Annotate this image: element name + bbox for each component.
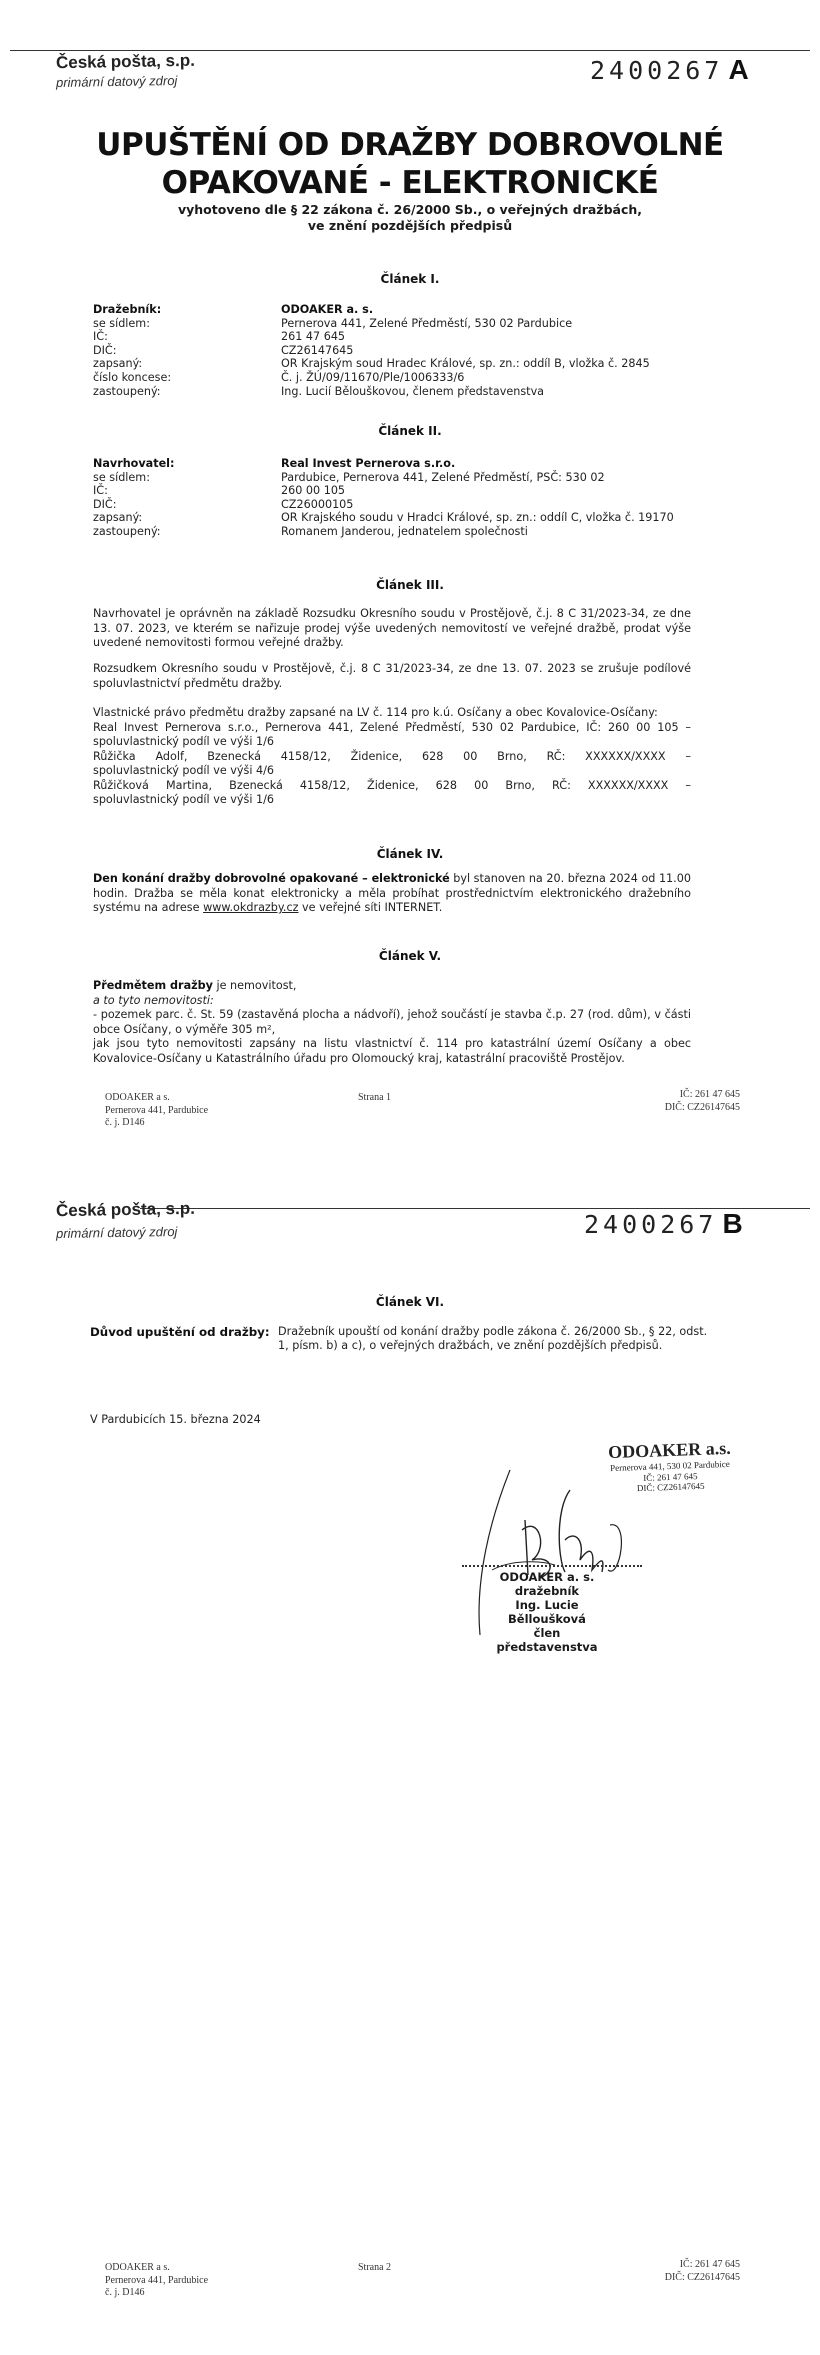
withdrawal-reason-text: Dražebník upouští od konání dražby podle… — [278, 1325, 710, 1353]
withdrawal-reason-label: Důvod upuštění od dražby: — [90, 1325, 278, 1353]
owners-list: Real Invest Pernerova s.r.o., Pernerova … — [93, 721, 691, 808]
detail-label: DIČ: — [93, 344, 281, 358]
detail-label: Dražebník: — [93, 303, 281, 317]
detail-row: IČ:260 00 105 — [93, 484, 713, 498]
document-stamp-number: 2400267 A — [590, 54, 749, 86]
auction-network-text: ve veřejné síti INTERNET. — [299, 901, 443, 914]
page-1-footer-left: ODOAKER a s. Pernerova 441, Pardubice č.… — [105, 1092, 208, 1130]
post-office-name-page-2: Česká pošta, s.p. — [56, 1199, 195, 1221]
signatory-position: člen představenstva — [482, 1626, 612, 1654]
document-subtitle-line2: ve znění pozdějších předpisů — [0, 217, 820, 234]
owner-share: spoluvlastnický podíl ve výši 1/6 — [93, 735, 691, 750]
article-6-heading: Článek VI. — [0, 1295, 820, 1309]
footer-ic: IČ: 261 47 645 — [665, 2259, 740, 2272]
footer-reference: č. j. D146 — [105, 1117, 208, 1130]
article-4-heading: Článek IV. — [0, 847, 820, 861]
article-3-heading: Článek III. — [0, 578, 820, 592]
auction-date-lead: Den konání dražby dobrovolné opakované –… — [93, 872, 450, 885]
detail-value: OR Krajského soudu v Hradci Králové, sp.… — [281, 511, 713, 525]
footer-dic: DIČ: CZ26147645 — [665, 2272, 740, 2285]
article-5-heading: Článek V. — [0, 949, 820, 963]
detail-value: Romanem Janderou, jednatelem společnosti — [281, 525, 713, 539]
owner-line: Růžička Adolf, Bzenecká 4158/12, Židenic… — [93, 750, 691, 765]
auction-website-link[interactable]: www.okdrazby.cz — [203, 901, 298, 914]
article-3-paragraph-2: Rozsudkem Okresního soudu v Prostějově, … — [93, 662, 691, 691]
detail-value: 261 47 645 — [281, 330, 713, 344]
footer-company: ODOAKER a s. — [105, 2262, 208, 2275]
stamp-letter: B — [722, 1208, 742, 1239]
subject-lead-bold: Předmětem dražby — [93, 979, 213, 992]
detail-value: 260 00 105 — [281, 484, 713, 498]
footer-reference: č. j. D146 — [105, 2287, 208, 2300]
page-2-number: Strana 2 — [358, 2262, 391, 2275]
subject-lead-rest: je nemovitost, — [213, 979, 297, 992]
detail-label: Navrhovatel: — [93, 457, 281, 471]
stamp-letter: A — [728, 54, 748, 85]
detail-row: zastoupený:Ing. Lucií Bělouškovou, člene… — [93, 385, 713, 399]
detail-value: Ing. Lucií Bělouškovou, členem představe… — [281, 385, 713, 399]
detail-label: zapsaný: — [93, 511, 281, 525]
signature-line — [462, 1565, 642, 1567]
subject-item: - pozemek parc. č. St. 59 (zastavěná plo… — [93, 1008, 691, 1037]
article-4-paragraph: Den konání dražby dobrovolné opakované –… — [93, 872, 691, 916]
article-5-paragraph: Předmětem dražby je nemovitost, a to tyt… — [93, 979, 691, 1066]
detail-value: CZ26000105 — [281, 498, 713, 512]
document-subtitle-line1: vyhotoveno dle § 22 zákona č. 26/2000 Sb… — [0, 201, 820, 218]
stamp-number: 2400267 — [590, 56, 723, 85]
header-rule — [10, 50, 810, 51]
document-title-line1: UPUŠTĚNÍ OD DRAŽBY DOBROVOLNÉ — [0, 126, 820, 164]
detail-row: zastoupený:Romanem Janderou, jednatelem … — [93, 525, 713, 539]
subject-closing: jak jsou tyto nemovitosti zapsány na lis… — [93, 1037, 691, 1066]
detail-value: CZ26147645 — [281, 344, 713, 358]
stamp-number: 2400267 — [584, 1210, 717, 1239]
page-1-number: Strana 1 — [358, 1092, 391, 1105]
detail-row: se sídlem:Pardubice, Pernerova 441, Zele… — [93, 471, 713, 485]
footer-address: Pernerova 441, Pardubice — [105, 1105, 208, 1118]
subject-italic-line: a to tyto nemovitosti: — [93, 994, 691, 1009]
detail-label: číslo koncese: — [93, 371, 281, 385]
detail-row: DIČ:CZ26000105 — [93, 498, 713, 512]
signatory-company: ODOAKER a. s. — [482, 1570, 612, 1584]
signatory-role: dražebník — [482, 1584, 612, 1598]
detail-row: číslo koncese:Č. j. ŽÚ/09/11670/Ple/1006… — [93, 371, 713, 385]
document-title-line2: OPAKOVANÉ - ELEKTRONICKÉ — [0, 164, 820, 202]
detail-label: zastoupený: — [93, 385, 281, 399]
detail-row: zapsaný:OR Krajským soud Hradec Králové,… — [93, 357, 713, 371]
footer-company: ODOAKER a s. — [105, 1092, 208, 1105]
owner-line: Růžičková Martina, Bzenecká 4158/12, Žid… — [93, 779, 691, 794]
article-1-heading: Článek I. — [0, 272, 820, 286]
ownership-intro: Vlastnické právo předmětu dražby zapsané… — [93, 706, 691, 721]
detail-row: zapsaný:OR Krajského soudu v Hradci Král… — [93, 511, 713, 525]
detail-label: IČ: — [93, 484, 281, 498]
owner-share: spoluvlastnický podíl ve výši 1/6 — [93, 793, 691, 808]
detail-value: Č. j. ŽÚ/09/11670/Ple/1006333/6 — [281, 371, 713, 385]
page-1-footer-right: IČ: 261 47 645 DIČ: CZ26147645 — [665, 1089, 740, 1114]
article-2-heading: Článek II. — [0, 424, 820, 438]
detail-label: DIČ: — [93, 498, 281, 512]
detail-label: zastoupený: — [93, 525, 281, 539]
detail-row: IČ:261 47 645 — [93, 330, 713, 344]
owner-line: Real Invest Pernerova s.r.o., Pernerova … — [93, 721, 691, 736]
ownership-section: Vlastnické právo předmětu dražby zapsané… — [93, 706, 691, 808]
detail-label: se sídlem: — [93, 317, 281, 331]
detail-label: se sídlem: — [93, 471, 281, 485]
detail-row: DIČ:CZ26147645 — [93, 344, 713, 358]
article-3-paragraph-1: Navrhovatel je oprávněn na základě Rozsu… — [93, 607, 691, 651]
detail-value: OR Krajským soud Hradec Králové, sp. zn.… — [281, 357, 713, 371]
detail-value: Pardubice, Pernerova 441, Zelené Předměs… — [281, 471, 713, 485]
post-office-name: Česká pošta, s.p. — [56, 51, 195, 73]
document-stamp-number-page-2: 2400267 B — [584, 1208, 743, 1240]
post-office-subtitle: primární datový zdroj — [56, 73, 178, 90]
owner-share: spoluvlastnický podíl ve výši 4/6 — [93, 764, 691, 779]
detail-label: IČ: — [93, 330, 281, 344]
detail-row: Navrhovatel:Real Invest Pernerova s.r.o. — [93, 457, 713, 471]
footer-ic: IČ: 261 47 645 — [665, 1089, 740, 1102]
footer-address: Pernerova 441, Pardubice — [105, 2275, 208, 2288]
proposer-details: Navrhovatel:Real Invest Pernerova s.r.o.… — [93, 457, 713, 539]
detail-row: Dražebník:ODOAKER a. s. — [93, 303, 713, 317]
detail-value: Real Invest Pernerova s.r.o. — [281, 457, 713, 471]
footer-dic: DIČ: CZ26147645 — [665, 1102, 740, 1115]
signatory-name: Ing. Lucie Bělloušková — [482, 1598, 612, 1626]
page-2-footer-left: ODOAKER a s. Pernerova 441, Pardubice č.… — [105, 2262, 208, 2300]
detail-value: Pernerova 441, Zelené Předměstí, 530 02 … — [281, 317, 713, 331]
detail-label: zapsaný: — [93, 357, 281, 371]
post-office-subtitle-page-2: primární datový zdroj — [56, 1224, 178, 1241]
detail-value: ODOAKER a. s. — [281, 303, 713, 317]
auctioneer-details: Dražebník:ODOAKER a. s.se sídlem:Pernero… — [93, 303, 713, 398]
page-2-footer-right: IČ: 261 47 645 DIČ: CZ26147645 — [665, 2259, 740, 2284]
subject-lead: Předmětem dražby je nemovitost, — [93, 979, 691, 994]
withdrawal-reason: Důvod upuštění od dražby: Dražebník upou… — [90, 1325, 710, 1353]
place-and-date: V Pardubicích 15. března 2024 — [90, 1413, 261, 1426]
signature-block: ODOAKER a. s. dražebník Ing. Lucie Běllo… — [482, 1570, 612, 1654]
detail-row: se sídlem:Pernerova 441, Zelené Předměst… — [93, 317, 713, 331]
